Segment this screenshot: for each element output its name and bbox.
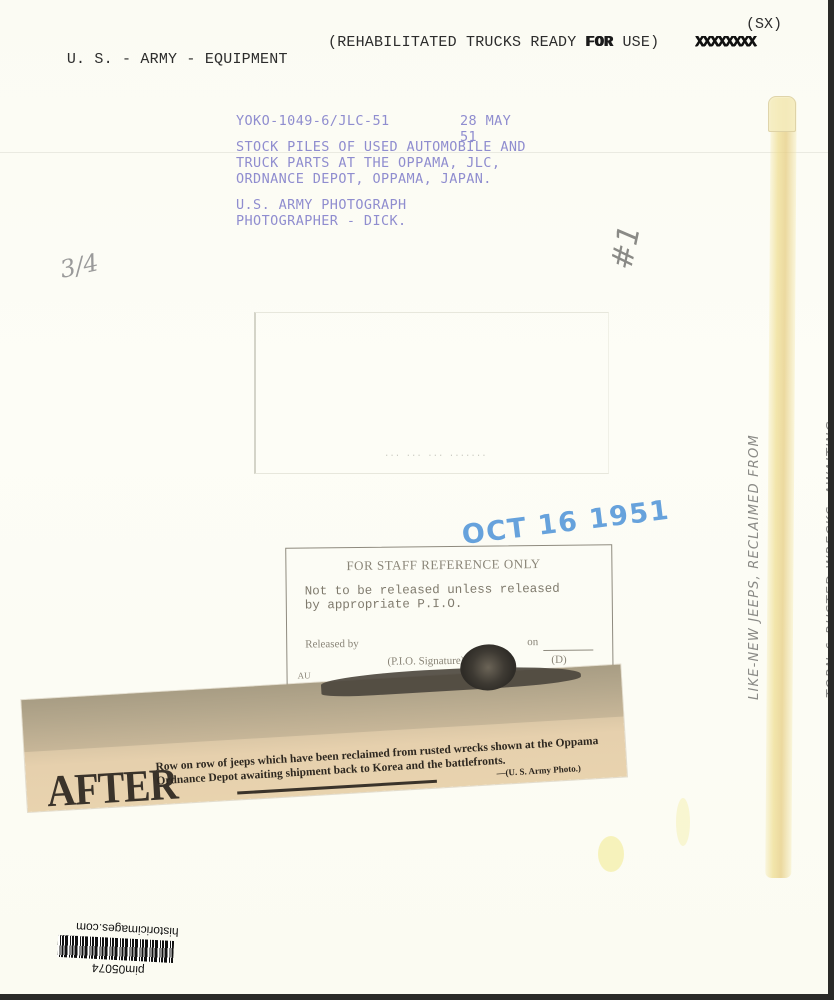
typed-strikeout: XXXXXXXX <box>695 34 755 51</box>
handwritten-note: LIKE-NEW JEEPS, RECLAIMED FROM TORN & RU… <box>690 306 828 700</box>
archive-item-code: pim05074 <box>92 961 145 978</box>
archive-barcode-label: pim05074 historicimages.com <box>51 911 184 974</box>
pencil-fraction-mark: 3/4 <box>58 248 102 283</box>
date-label: (D) <box>551 654 566 666</box>
barcode-icon <box>57 935 174 963</box>
struck-word: FOR <box>586 34 614 51</box>
pencil-number-mark: #1 <box>604 222 647 273</box>
subject-suffix: USE) <box>613 34 659 51</box>
on-label: on <box>527 636 538 648</box>
by-label: AU <box>298 670 311 680</box>
tape-stain <box>676 798 690 846</box>
code-sx: (SX) <box>746 16 782 33</box>
stamp-title: FOR STAFF REFERENCE ONLY <box>346 556 540 574</box>
clipping-caption: Row on row of jeeps which have been recl… <box>155 732 626 788</box>
description-line: TRUCK PARTS AT THE OPPAMA, JLC, <box>236 155 526 171</box>
note-line: LIKE-NEW JEEPS, RECLAIMED FROM <box>742 306 768 700</box>
faded-label-outline: ... ... ... ....... <box>254 312 609 474</box>
header-category: U. S. - ARMY - EQUIPMENT <box>67 51 288 68</box>
date-blank-line <box>543 649 593 651</box>
typed-header: U. S. - ARMY - EQUIPMENT (REHABILITATED … <box>30 34 288 119</box>
faded-label-text: ... ... ... ....... <box>384 449 487 459</box>
subject-prefix: (REHABILITATED TRUCKS READY <box>328 34 586 51</box>
clipping-rule <box>237 780 437 795</box>
tape-curl <box>768 96 796 132</box>
credit-line: PHOTOGRAPHER - DICK. <box>236 213 526 229</box>
government-photo-stamp: YOKO-1049-6/JLC-51 28 MAY 51 STOCK PILES… <box>236 113 526 229</box>
signature-label: (P.I.O. Signature) <box>387 655 464 668</box>
credit-line: U.S. ARMY PHOTOGRAPH <box>236 197 526 213</box>
note-line: TORN & RUSTED WRECKS, AWAITING <box>820 306 828 700</box>
newspaper-clipping: AFTER Row on row of jeeps which have bee… <box>21 665 627 812</box>
released-by-label: Released by <box>305 638 359 651</box>
description-line: ORDNANCE DEPOT, OPPAMA, JAPAN. <box>236 171 526 187</box>
stamp-line: Not to be released unless released <box>305 582 560 599</box>
photo-back-sheet: (SX) U. S. - ARMY - EQUIPMENT (REHABILIT… <box>0 0 828 994</box>
stamp-line: by appropriate P.I.O. <box>305 597 463 613</box>
tape-residue <box>765 98 796 878</box>
photo-date: 28 MAY 51 <box>460 113 526 145</box>
tape-stain <box>598 836 624 872</box>
received-date-stamp: OCT 16 1951 <box>460 495 671 551</box>
header-subject: (REHABILITATED TRUCKS READY FOR USE) <box>328 34 659 51</box>
